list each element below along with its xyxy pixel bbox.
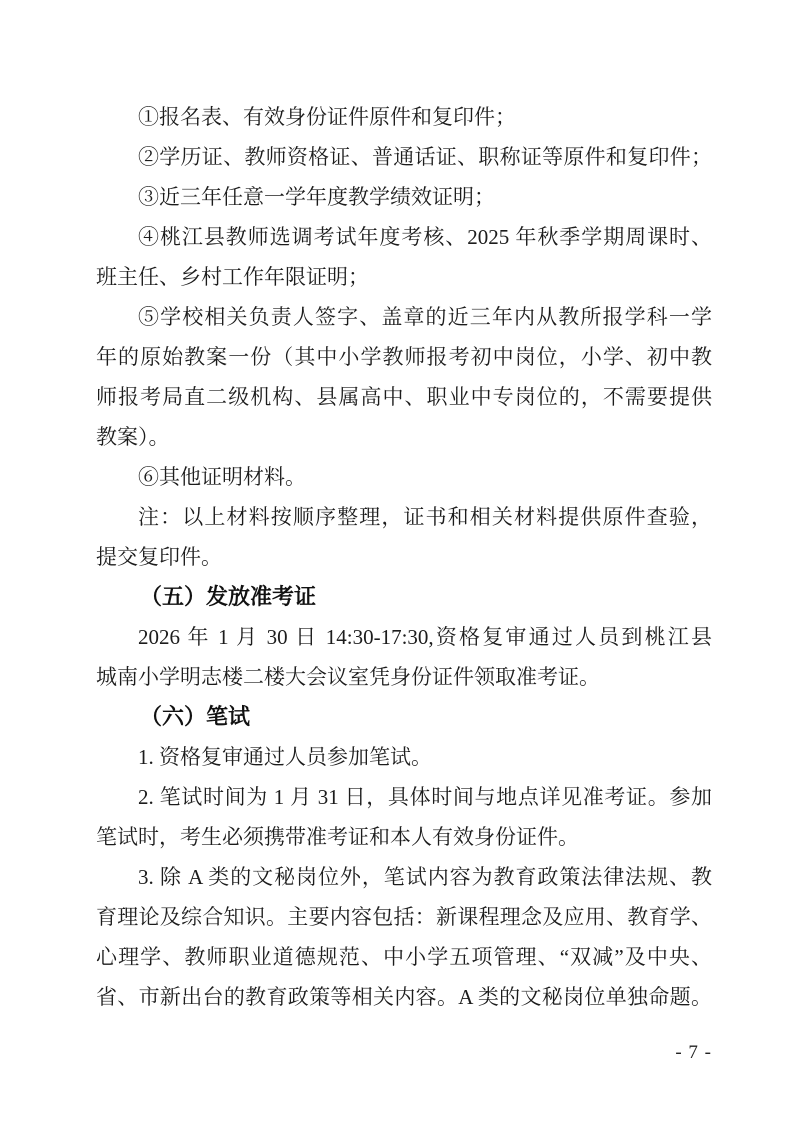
page-number: - 7 -: [675, 1040, 712, 1066]
document-page: ①报名表、有效身份证件原件和复印件； ②学历证、教师资格证、普通话证、职称证等原…: [0, 0, 793, 1122]
section-6-item-3-line-1: 3. 除 A 类的文秘岗位外，笔试内容为教育政策法律法规、教: [96, 857, 712, 897]
section-5-para-line-1: 2026 年 1 月 30 日 14:30-17:30,资格复审通过人员到桃江县: [96, 617, 712, 657]
list-item-5-line-2: 年的原始教案一份（其中小学教师报考初中岗位，小学、初中教: [96, 337, 712, 377]
section-6-item-1: 1. 资格复审通过人员参加笔试。: [96, 737, 712, 777]
section-6-item-2-line-2: 笔试时，考生必须携带准考证和本人有效身份证件。: [96, 817, 712, 857]
section-5-para-line-2: 城南小学明志楼二楼大会议室凭身份证件领取准考证。: [96, 657, 712, 697]
list-item-5-line-1: ⑤学校相关负责人签字、盖章的近三年内从教所报学科一学: [96, 297, 712, 337]
section-6-item-3-line-3: 心理学、教师职业道德规范、中小学五项管理、“双减”及中央、: [96, 937, 712, 977]
list-item-6: ⑥其他证明材料。: [96, 457, 712, 497]
note-line-2: 提交复印件。: [96, 537, 712, 577]
section-heading-5: （五）发放准考证: [96, 577, 712, 617]
list-item-4-line-1: ④桃江县教师选调考试年度考核、2025 年秋季学期周课时、: [96, 217, 712, 257]
note-line-1: 注：以上材料按顺序整理，证书和相关材料提供原件查验，: [96, 497, 712, 537]
section-6-item-3-line-2: 育理论及综合知识。主要内容包括：新课程理念及应用、教育学、: [96, 897, 712, 937]
section-6-item-2-line-1: 2. 笔试时间为 1 月 31 日，具体时间与地点详见准考证。参加: [96, 777, 712, 817]
document-body: ①报名表、有效身份证件原件和复印件； ②学历证、教师资格证、普通话证、职称证等原…: [96, 97, 712, 1017]
section-6-item-3-line-4: 省、市新出台的教育政策等相关内容。A 类的文秘岗位单独命题。: [96, 977, 712, 1017]
list-item-1: ①报名表、有效身份证件原件和复印件；: [96, 97, 712, 137]
section-heading-6: （六）笔试: [96, 697, 712, 737]
list-item-4-line-2: 班主任、乡村工作年限证明；: [96, 257, 712, 297]
list-item-5-line-4: 教案）。: [96, 417, 712, 457]
list-item-5-line-3: 师报考局直二级机构、县属高中、职业中专岗位的，不需要提供: [96, 377, 712, 417]
list-item-3: ③近三年任意一学年度教学绩效证明；: [96, 177, 712, 217]
list-item-2: ②学历证、教师资格证、普通话证、职称证等原件和复印件；: [96, 137, 712, 177]
